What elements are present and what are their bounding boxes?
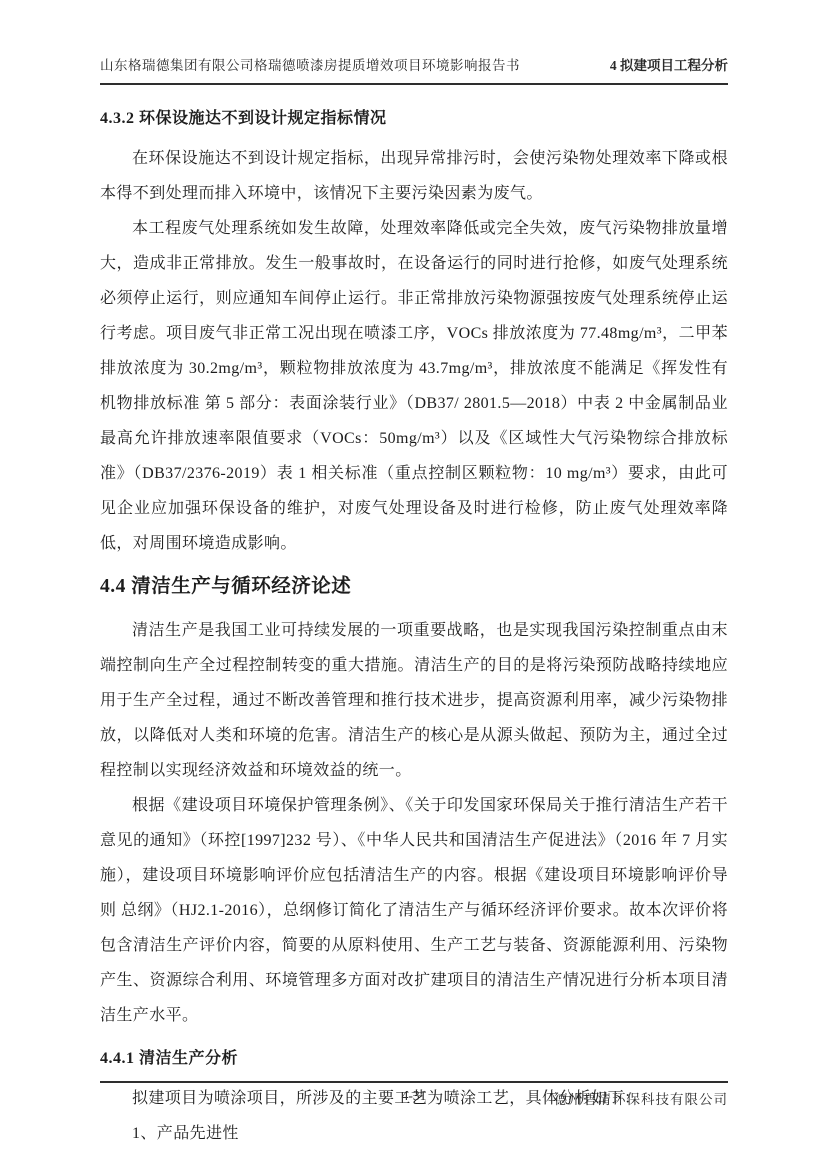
page-content-area: 山东格瑞德集团有限公司格瑞德喷漆房提质增效项目环境影响报告书 4 拟建项目工程分…	[100, 56, 728, 1151]
page-header: 山东格瑞德集团有限公司格瑞德喷漆房提质增效项目环境影响报告书 4 拟建项目工程分…	[100, 56, 728, 85]
footer-company-name: 德州碧清环保科技有限公司	[554, 1088, 728, 1108]
header-report-title: 山东格瑞德集团有限公司格瑞德喷漆房提质增效项目环境影响报告书	[100, 56, 520, 76]
list-item-product-advancement: 1、产品先进性	[100, 1116, 728, 1151]
paragraph-432-1: 在环保设施达不到设计规定指标，出现异常排污时，会使污染物处理效率下降或根本得不到…	[100, 141, 728, 211]
header-chapter-title: 4 拟建项目工程分析	[592, 56, 728, 76]
heading-4-4-1: 4.4.1 清洁生产分析	[100, 1047, 728, 1071]
document-page: 山东格瑞德集团有限公司格瑞德喷漆房提质增效项目环境影响报告书 4 拟建项目工程分…	[0, 0, 827, 1169]
heading-4-3-2: 4.3.2 环保设施达不到设计规定指标情况	[100, 107, 728, 131]
heading-4-4: 4.4 清洁生产与循环经济论述	[100, 573, 728, 601]
document-body: 4.3.2 环保设施达不到设计规定指标情况 在环保设施达不到设计规定指标，出现异…	[100, 85, 728, 1151]
paragraph-44-2: 根据《建设项目环境保护管理条例》、《关于印发国家环保局关于推行清洁生产若干意见的…	[100, 788, 728, 1033]
paragraph-432-2: 本工程废气处理系统如发生故障，处理效率降低或完全失效，废气污染物排放量增大，造成…	[100, 211, 728, 561]
page-footer: 4-31 德州碧清环保科技有限公司	[100, 1081, 728, 1107]
paragraph-44-1: 清洁生产是我国工业可持续发展的一项重要战略，也是实现我国污染控制重点由末端控制向…	[100, 613, 728, 788]
